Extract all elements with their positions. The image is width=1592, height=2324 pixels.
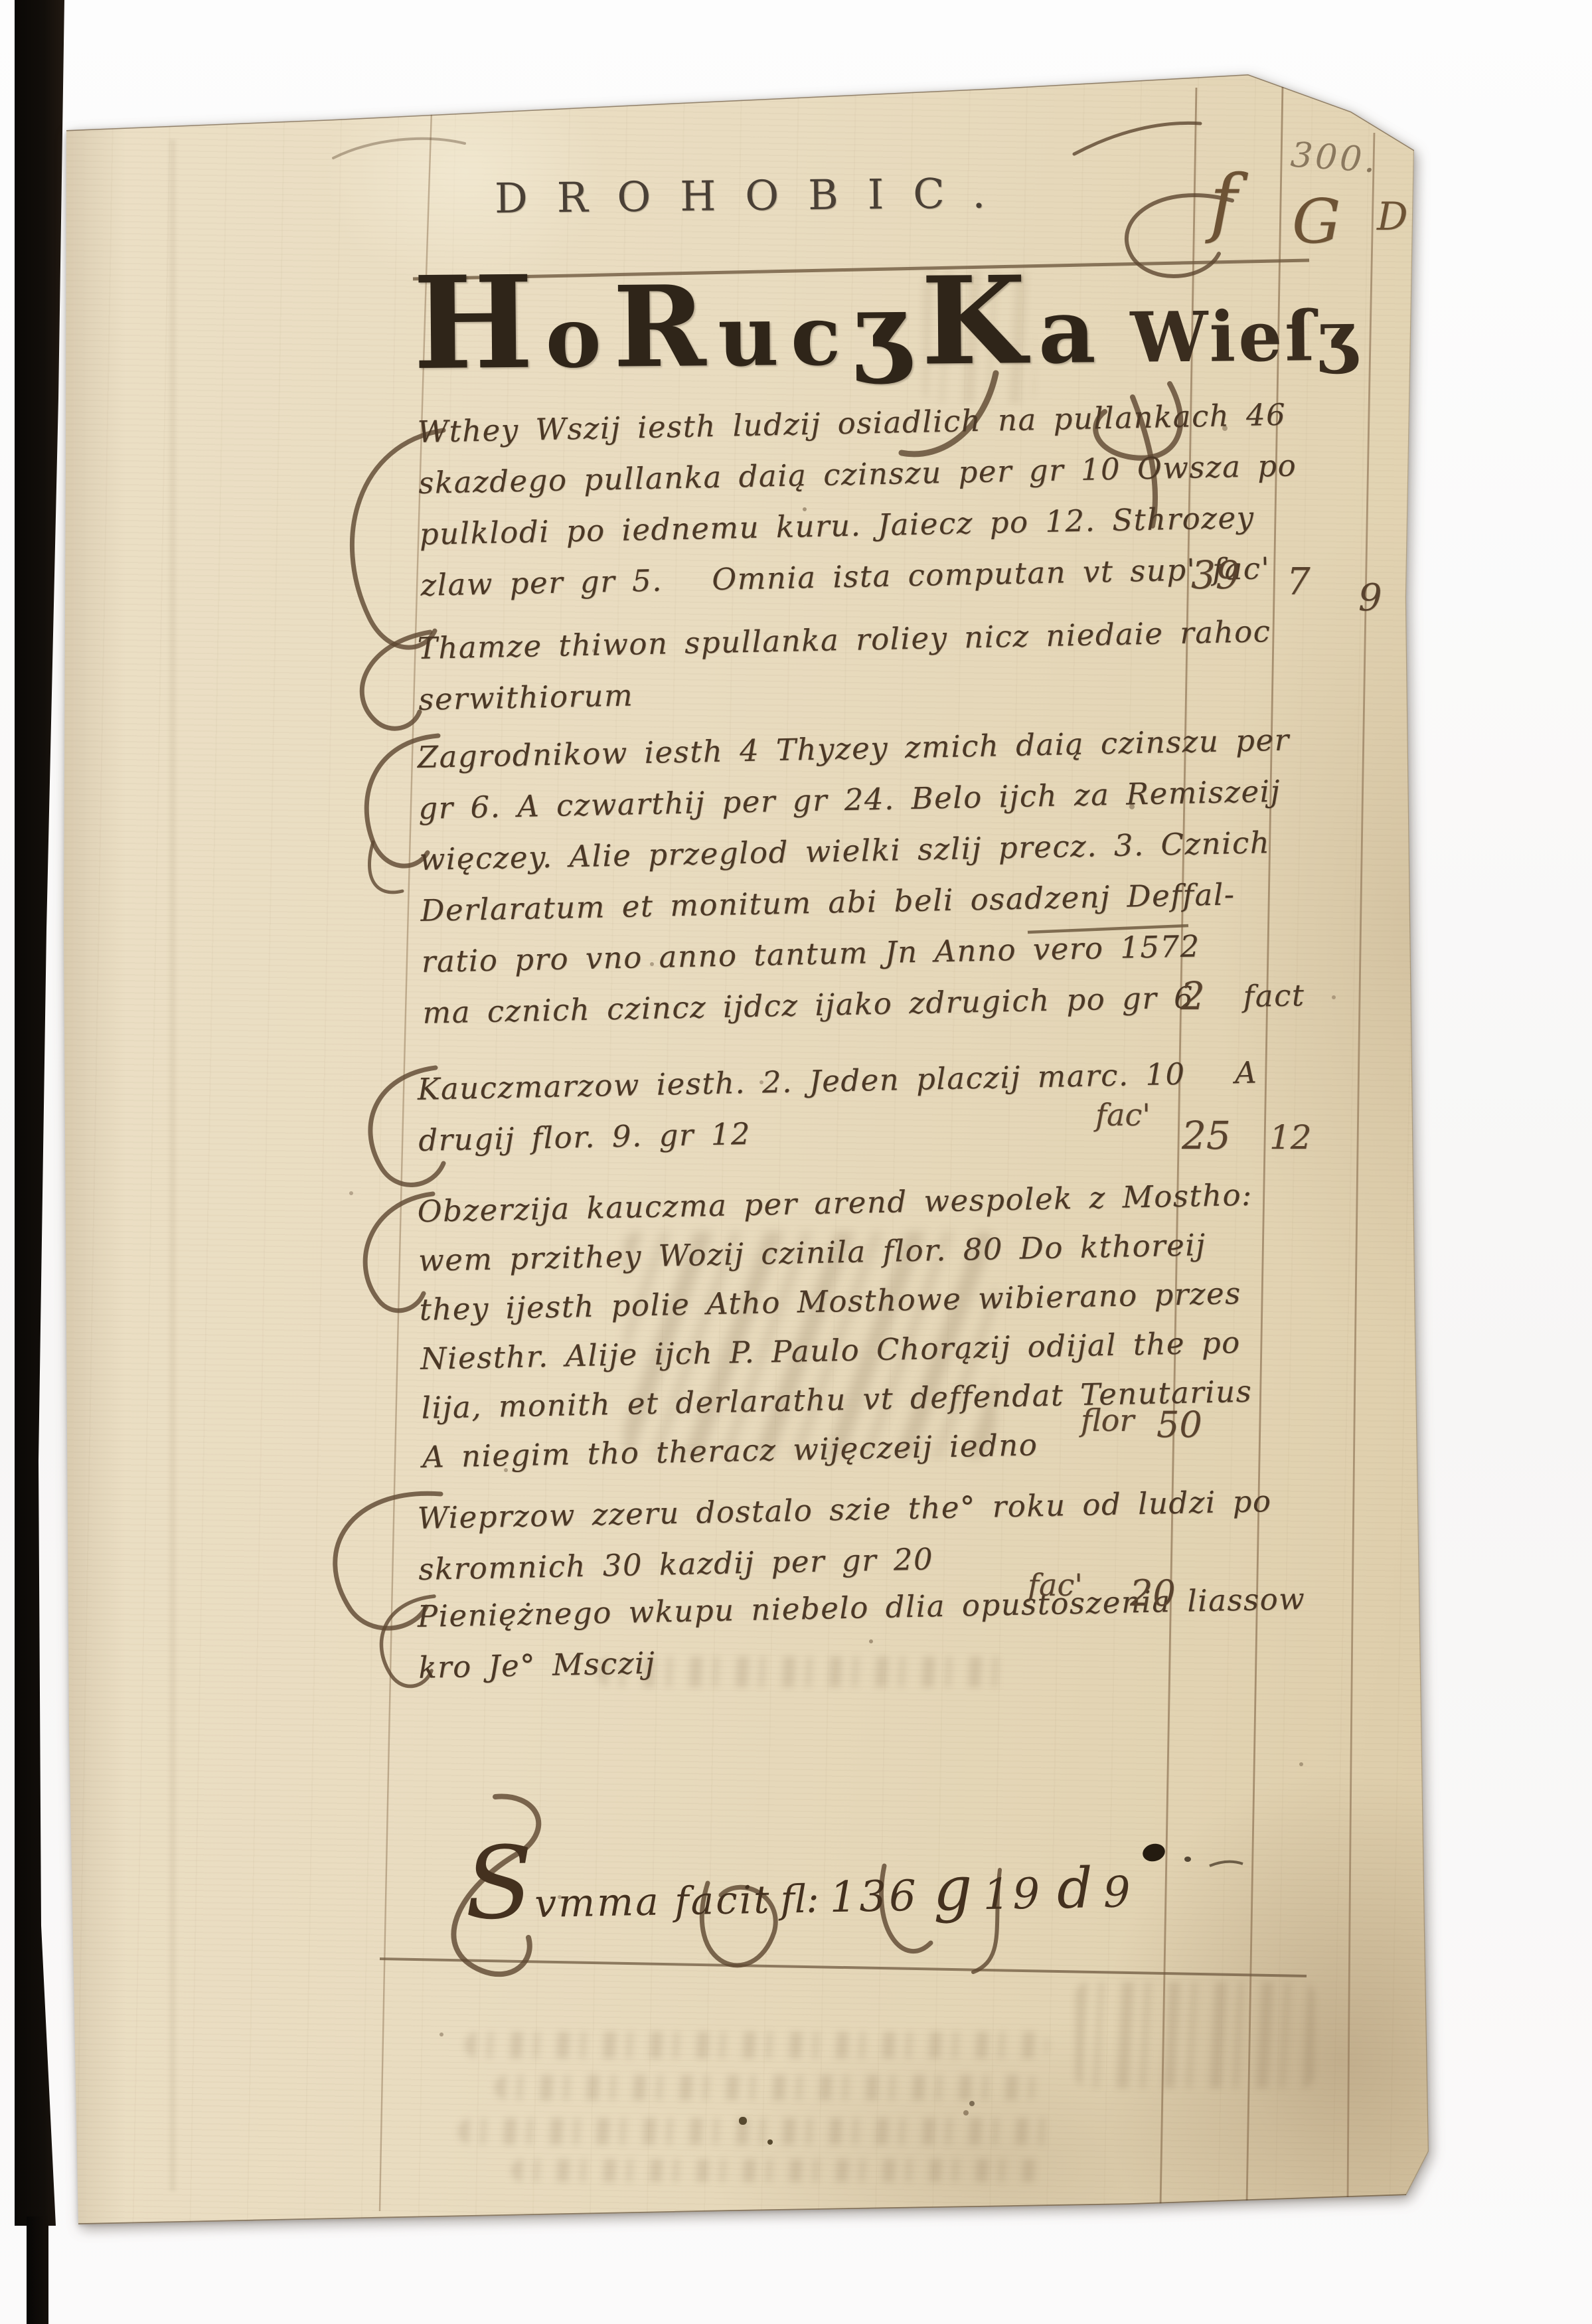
title-letter: u	[718, 286, 791, 385]
title-letter: R	[556, 173, 617, 222]
paragraph-3: Zagrodnikow iesth 4 Thyzey zmich daią cz…	[417, 716, 1206, 1038]
facit-label: fac'	[1095, 1097, 1151, 1133]
summa-word: vmma facit	[534, 1877, 771, 1926]
region-header: DROHOBIC.	[495, 169, 1015, 222]
bottom-edge-line	[78, 2195, 1406, 2224]
title-letter: ʒ	[852, 271, 922, 388]
header-flourish-stroke	[1074, 123, 1200, 154]
paper-speckles	[0, 0, 3, 3]
amount-row1-florins: 39	[1191, 552, 1240, 598]
amount-row3-grossi: 12	[1269, 1118, 1312, 1157]
paper-wrapper: 300. DROHOBIC. f G D HoRucʒKaWieſʒ Wthey…	[0, 0, 1592, 2324]
summa-denarii-label: d	[1056, 1855, 1093, 1921]
paragraph-4: Kauczmarzow iesth. 2. Jeden placzij marc…	[417, 1048, 1202, 1166]
title-letter: D	[495, 173, 557, 222]
amount-row4-florins: 50	[1156, 1404, 1202, 1446]
amount-row2-florins: 2	[1180, 973, 1205, 1019]
summa-denarii-value: 9	[1103, 1868, 1133, 1918]
right-edge-line	[1406, 150, 1429, 2195]
column-header-grossi: G	[1292, 186, 1341, 257]
title-letter: O	[617, 172, 680, 221]
ink-speck	[1184, 1857, 1191, 1862]
title-letter: c	[790, 288, 853, 384]
amount-row1-denarii: 9	[1358, 576, 1382, 620]
amount-row1-grossi: 7	[1287, 560, 1311, 604]
page-title-main: HoRucʒKa	[413, 352, 1108, 371]
summa-florin-value: 136	[829, 1872, 919, 1922]
paragraph-2: Thamze thiwon spullanka roliey nicz nied…	[417, 607, 1202, 725]
page-title: HoRucʒKaWieſʒ	[412, 252, 1359, 388]
amount-row5-florins: 20	[1130, 1572, 1176, 1614]
title-letter: H	[680, 171, 746, 220]
paragraph-1: Wthey Wszij iesth ludzij osiadlich na pu…	[417, 390, 1204, 611]
scanned-page: 300. DROHOBIC. f G D HoRucʒKaWieſʒ Wthey…	[0, 0, 1592, 2324]
title-letter: I	[867, 170, 913, 219]
flourish	[333, 139, 465, 158]
folio-number: 300.	[1289, 135, 1380, 181]
title-letter: .	[972, 169, 1014, 218]
title-letter: R	[613, 260, 718, 392]
title-letter: a	[1038, 278, 1108, 384]
summa-grossi-value: 19	[983, 1870, 1043, 1920]
title-letter: K	[920, 249, 1038, 392]
title-letter: B	[808, 170, 868, 219]
top-edge-line	[66, 74, 1414, 150]
summa-initial: S	[464, 1825, 536, 1942]
title-letter: H	[412, 248, 546, 398]
ink-blot	[1141, 1841, 1166, 1863]
summa-grossi-label: g	[933, 1853, 973, 1924]
ink-blot-group	[1141, 1841, 1243, 1866]
title-letter: O	[745, 171, 809, 220]
facit-label: fac'	[1028, 1567, 1083, 1603]
column-header-denarii: D	[1377, 194, 1408, 239]
summa-line: Svmma facitfl:136g19d9	[464, 1815, 1134, 1942]
florin-label: flor	[1081, 1402, 1134, 1438]
page-title-suffix: Wieſʒ	[1130, 295, 1360, 378]
column-header-florins: f	[1210, 159, 1237, 246]
summa-florin-label: fl:	[780, 1876, 819, 1922]
title-letter: o	[545, 288, 613, 387]
denarii-column-line	[1348, 133, 1374, 2203]
title-letter: C	[913, 169, 973, 218]
ink-smear	[1210, 1862, 1243, 1866]
manuscript-page: 300. DROHOBIC. f G D HoRucʒKaWieſʒ Wthey…	[0, 0, 1592, 2324]
amount-row3-florins: 25	[1182, 1113, 1231, 1158]
paragraph-7: Pieniężnego wkupu niebelo dlia opustosze…	[417, 1575, 1202, 1693]
